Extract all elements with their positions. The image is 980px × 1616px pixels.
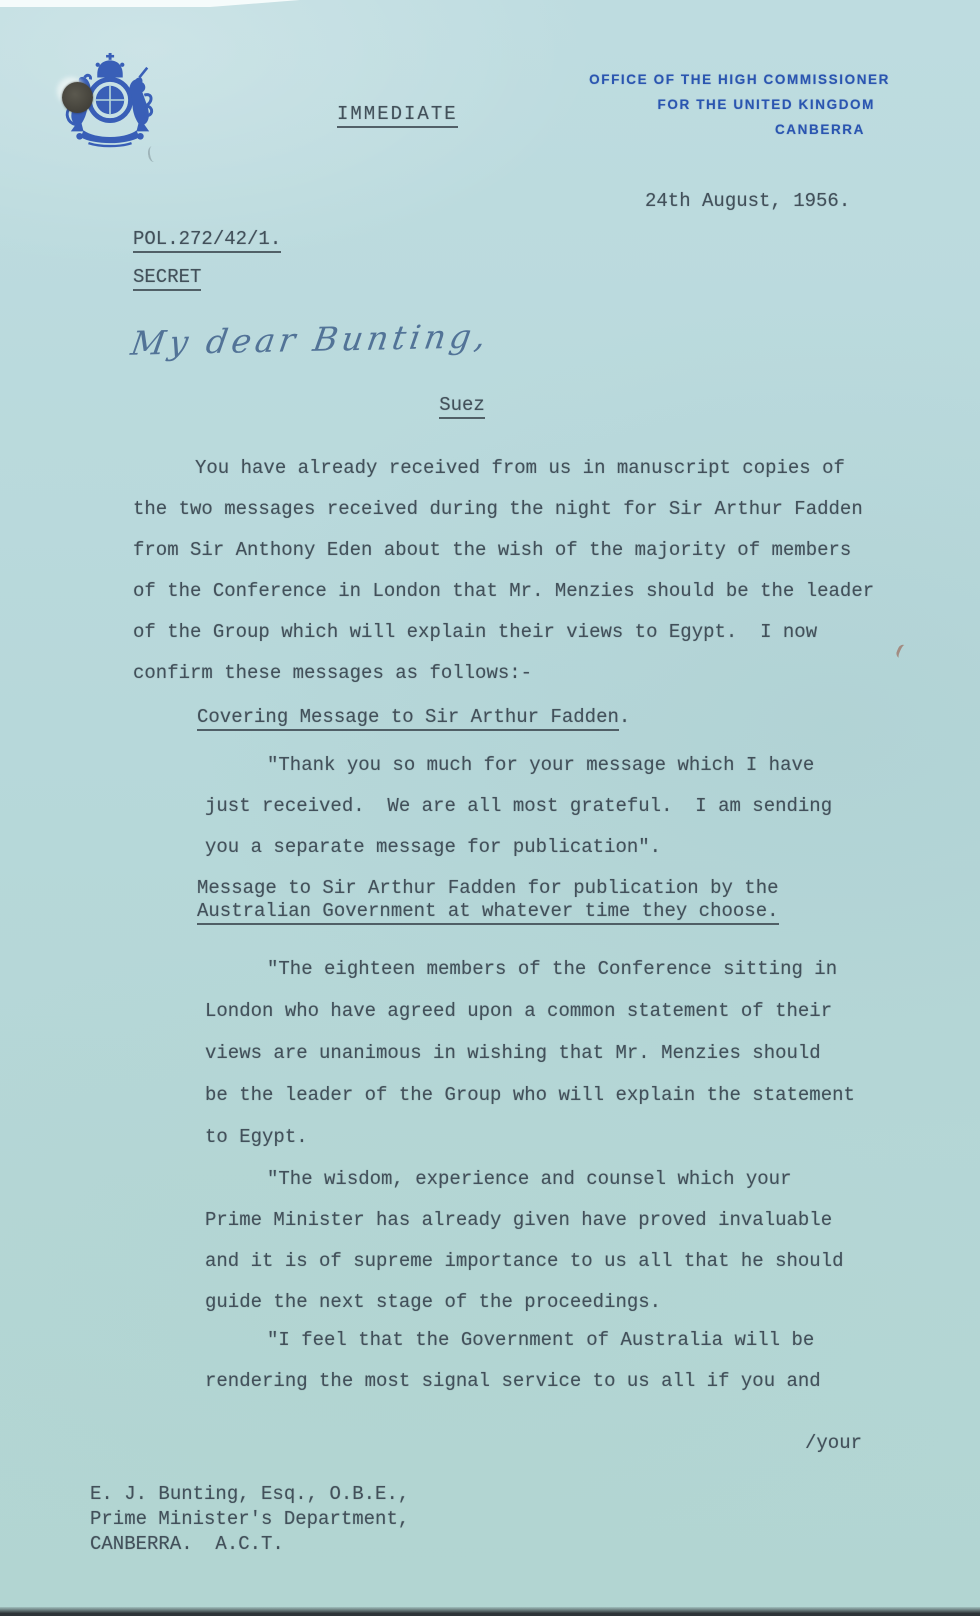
- letterhead-office-line1: OFFICE OF THE HIGH COMMISSIONER: [589, 72, 890, 87]
- continuation-marker: /your: [805, 1432, 862, 1454]
- recipient-line: CANBERRA. A.C.T.: [90, 1532, 409, 1557]
- covering-message-heading-period: .: [619, 706, 630, 728]
- reference-number: POL.272/42/1.: [133, 228, 281, 250]
- quote-line: guide the next stage of the proceedings.: [205, 1282, 905, 1323]
- quote-line: "The wisdom, experience and counsel whic…: [205, 1159, 905, 1200]
- letter-page: OFFICE OF THE HIGH COMMISSIONER FOR THE …: [0, 0, 980, 1616]
- paragraph-intro: You have already received from us in man…: [133, 448, 893, 694]
- recipient-line: Prime Minister's Department,: [90, 1507, 409, 1532]
- publication-heading-line2-text: Australian Government at whatever time t…: [197, 900, 779, 925]
- recipient-address: E. J. Bunting, Esq., O.B.E., Prime Minis…: [90, 1482, 409, 1557]
- punch-hole: [62, 82, 93, 113]
- quote-line: "Thank you so much for your message whic…: [205, 745, 905, 786]
- quote-line: views are unanimous in wishing that Mr. …: [205, 1032, 905, 1074]
- quote-line: to Egypt.: [205, 1116, 905, 1158]
- quote-line: be the leader of the Group who will expl…: [205, 1074, 905, 1116]
- letterhead-office-line2: FOR THE UNITED KINGDOM: [658, 97, 875, 112]
- quote-line: Prime Minister has already given have pr…: [205, 1200, 905, 1241]
- date-line: 24th August, 1956.: [645, 190, 850, 212]
- recipient-line: E. J. Bunting, Esq., O.B.E.,: [90, 1482, 409, 1507]
- quote-line: London who have agreed upon a common sta…: [205, 990, 905, 1032]
- intro-line: from Sir Anthony Eden about the wish of …: [133, 530, 893, 571]
- covering-message-heading-text: Covering Message to Sir Arthur Fadden: [197, 706, 619, 731]
- intro-line: of the Conference in London that Mr. Men…: [133, 571, 893, 612]
- scan-edge-bottom: [0, 1607, 980, 1616]
- quote-line: "The eighteen members of the Conference …: [205, 948, 905, 990]
- quote-eighteen: "The eighteen members of the Conference …: [205, 948, 905, 1158]
- classification-label: SECRET: [133, 266, 201, 288]
- priority-text: IMMEDIATE: [337, 103, 458, 128]
- intro-line: confirm these messages as follows:-: [133, 653, 893, 694]
- subject-text: Suez: [439, 394, 485, 419]
- quote-line: rendering the most signal service to us …: [205, 1361, 905, 1402]
- quote-line: and it is of supreme importance to us al…: [205, 1241, 905, 1282]
- quote-line: you a separate message for publication".: [205, 827, 905, 868]
- publication-heading-line2: Australian Government at whatever time t…: [197, 900, 779, 923]
- quote-thanks: "Thank you so much for your message whic…: [205, 745, 905, 868]
- covering-message-heading: Covering Message to Sir Arthur Fadden.: [197, 706, 630, 728]
- scan-edge-top: [0, 0, 300, 7]
- intro-line: of the Group which will explain their vi…: [133, 612, 893, 653]
- quote-wisdom: "The wisdom, experience and counsel whic…: [205, 1159, 905, 1323]
- subject-heading: Suez: [407, 394, 517, 416]
- publication-heading: Message to Sir Arthur Fadden for publica…: [197, 877, 779, 923]
- publication-heading-line1: Message to Sir Arthur Fadden for publica…: [197, 877, 779, 900]
- intro-line: You have already received from us in man…: [133, 448, 893, 489]
- classification-text: SECRET: [133, 266, 201, 291]
- ink-smudge: [895, 643, 912, 661]
- reference-text: POL.272/42/1.: [133, 228, 281, 253]
- intro-line: the two messages received during the nig…: [133, 489, 893, 530]
- quote-line: just received. We are all most grateful.…: [205, 786, 905, 827]
- priority-label: IMMEDIATE: [337, 103, 458, 125]
- quote-line: "I feel that the Government of Australia…: [205, 1320, 905, 1361]
- salutation-handwriting: My dear Bunting,: [128, 316, 492, 362]
- letterhead-office-line3: CANBERRA: [775, 122, 865, 137]
- quote-feel: "I feel that the Government of Australia…: [205, 1320, 905, 1402]
